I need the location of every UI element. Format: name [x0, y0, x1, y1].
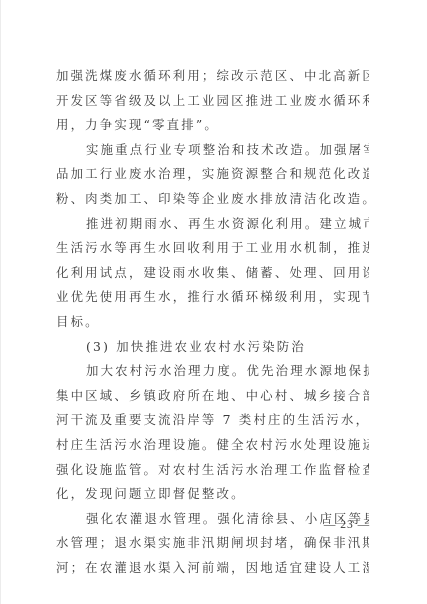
paragraph-4-line-2: 集中区域、乡镇政府所在地、中心村、城乡接合部、旅游风景区、汾 — [56, 384, 369, 409]
paragraph-3-line-5: 目标。 — [56, 310, 369, 335]
paragraph-1-line-3: 用，力争实现“零直排”。 — [56, 113, 369, 138]
paragraph-1-line-1: 加强洗煤废水循环利用；综改示范区、中北高新区、清徐经济技术 — [56, 64, 369, 89]
paragraph-4-line-6: 化，发现问题立即督促整改。 — [56, 482, 369, 507]
paragraph-5-line-3: 河；在农灌退水渠入河前端，因地适宜建设人工湿地水质改善工 — [56, 556, 369, 581]
paragraph-1-line-2: 开发区等省级及以上工业园区推进工业废水循环利用和分级回 — [56, 89, 369, 114]
paragraph-2-line-2: 品加工行业废水治理，实施资源整合和规范化改造；推进玉米淀 — [56, 162, 369, 187]
paragraph-3-line-2: 生活污水等再生水回收利用于工业用水机制，推进园区雨水资源 — [56, 236, 369, 261]
paragraph-3-line-3: 化利用试点，建设雨水收集、储蓄、处理、回用设施。推动高耗水企 — [56, 261, 369, 286]
page-number: — 23 — — [319, 519, 375, 531]
paragraph-3-line-1: 推进初期雨水、再生水资源化利用。建立城市初期雨水、城镇 — [56, 212, 369, 237]
paragraph-3-line-4: 业优先使用再生水，推行水循环梯级利用，实现节水减污双赢 — [56, 285, 369, 310]
paragraph-4-line-3: 河干流及重要支流沿岸等 7 类村庄的生活污水，开工建设 163 个 — [56, 408, 369, 433]
paragraph-4-line-5: 强化设施监管。对农村生活污水治理工作监督检查经常化、规范 — [56, 458, 369, 483]
section-heading: (3) 加快推进农业农村水污染防治 — [56, 335, 369, 360]
paragraph-5-line-2: 水管理；退水渠实施非汛期闸坝封堵，确保非汛期农灌退水不入 — [56, 531, 369, 556]
paragraph-2-line-1: 实施重点行业专项整治和技术改造。加强屠宰、养殖、农副食 — [56, 138, 369, 163]
body-text: 加强洗煤废水循环利用；综改示范区、中北高新区、清徐经济技术 开发区等省级及以上工… — [56, 64, 369, 580]
paragraph-4-line-4: 村庄生活污水治理设施。健全农村污水处理设施运行管护机制， — [56, 433, 369, 458]
document-page: 加强洗煤废水循环利用；综改示范区、中北高新区、清徐经济技术 开发区等省级及以上工… — [0, 0, 427, 604]
paragraph-2-line-3: 粉、肉类加工、印染等企业废水排放清洁化改造。 — [56, 187, 369, 212]
paragraph-4-line-1: 加大农村污水治理力度。优先治理水源地保护区、黑臭水体 — [56, 359, 369, 384]
